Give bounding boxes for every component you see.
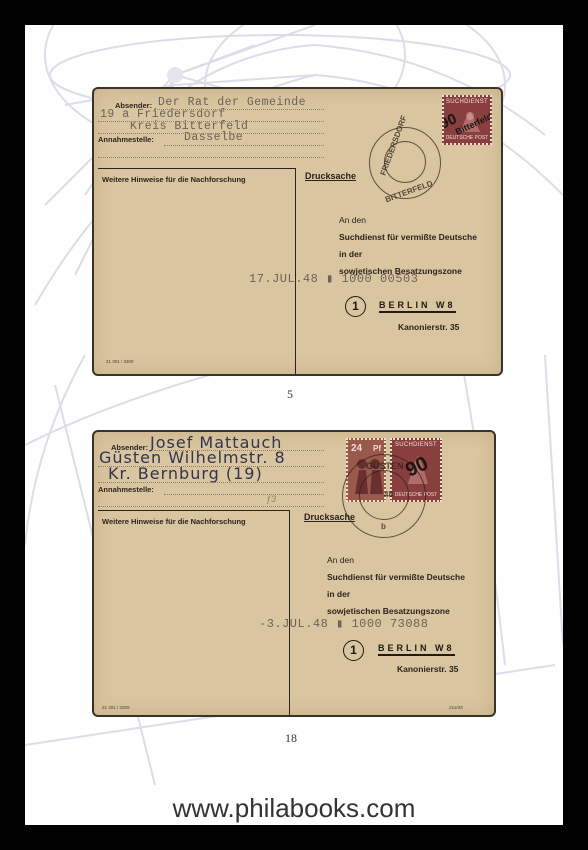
postcard-1: Absender: Der Rat der Gemeinde 19 a Frie…: [92, 87, 503, 376]
address-street: Kanonierstr. 35: [398, 322, 459, 332]
receipt-stamp: -3.JUL.48 ▮ 1000 73088: [259, 616, 428, 631]
pencil-note: ƒ3: [266, 494, 276, 504]
recipient-address: An den Suchdienst für vermißte Deutsche …: [339, 212, 477, 280]
address-line-1: An den: [327, 552, 465, 569]
form-code: 21 301 / 3309: [102, 705, 130, 710]
address-line-3: in der: [339, 246, 477, 263]
page-number-5: 5: [287, 387, 293, 402]
acceptance-label: Annahmestelle:: [98, 135, 154, 144]
form-code: 21 301 / 3309: [106, 359, 134, 364]
notes-box-title: Weitere Hinweise für die Nachforschung: [102, 517, 246, 526]
postmark-date: 48: [384, 490, 393, 499]
receipt-stamp: 17.JUL.48 ▮ 1000 00503: [249, 271, 418, 286]
album-page: Absender: Der Rat der Gemeinde 19 a Frie…: [25, 25, 563, 825]
website-footer[interactable]: www.philabooks.com: [25, 793, 563, 824]
acceptance-label: Annahmestelle:: [98, 485, 154, 494]
printed-matter-label: Drucksache: [305, 171, 356, 181]
address-city: BERLIN W8: [378, 643, 455, 656]
postmark-top-text: GÜSTEN: [366, 461, 404, 471]
address-city: BERLIN W8: [379, 300, 456, 313]
address-line-2: Suchdienst für vermißte Deutsche: [327, 569, 465, 586]
postcard-2: Absender: Josef Mattauch Güsten Wilhelms…: [92, 430, 496, 717]
address-line-3: in der: [327, 586, 465, 603]
pencil-mark: 21a/35: [449, 705, 463, 710]
address-line-2: Suchdienst für vermißte Deutsche: [339, 229, 477, 246]
address-street: Kanonierstr. 35: [397, 664, 458, 674]
postal-district-badge: 1: [343, 640, 364, 661]
postage-stamp-suchdienst: SUCHDIENST DEUTSCHE POST 90 Bitterfeld: [442, 95, 492, 145]
address-line-1: An den: [339, 212, 477, 229]
notes-box-title: Weitere Hinweise für die Nachforschung: [102, 175, 246, 184]
postmark-bottom-text: b: [381, 522, 386, 531]
postal-district-badge: 1: [345, 296, 366, 317]
notes-box: [98, 510, 290, 716]
recipient-address: An den Suchdienst für vermißte Deutsche …: [327, 552, 465, 620]
page-number-18: 18: [285, 731, 297, 746]
